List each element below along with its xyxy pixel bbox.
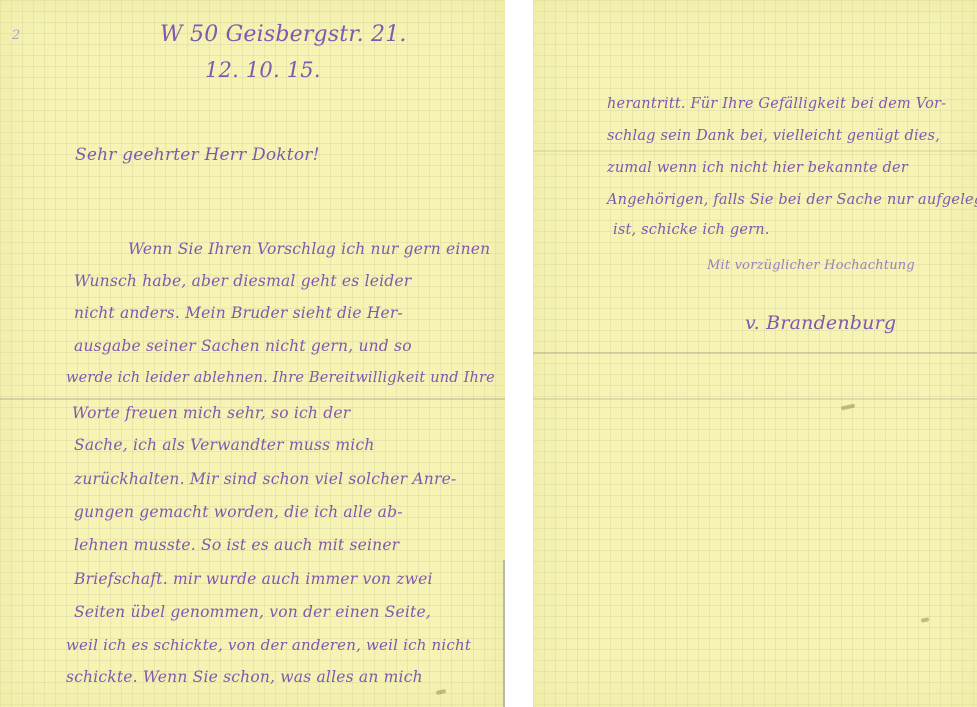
paper-stain [921, 617, 930, 623]
body-line: Briefschaft. mir wurde auch immer von zw… [74, 570, 433, 588]
paper-fold-line [533, 352, 977, 354]
body-line: zurückhalten. Mir sind schon viel solche… [74, 470, 456, 488]
sender-address: W 50 Geisbergstr. 21. [160, 22, 407, 47]
body-line: ausgabe seiner Sachen nicht gern, und so [74, 337, 412, 355]
letter-date: 12. 10. 15. [205, 58, 321, 82]
body-line: Wunsch habe, aber diesmal geht es leider [74, 272, 411, 290]
paper-fold-line [533, 398, 977, 400]
paper-stain [436, 689, 447, 695]
paper-fold-line [0, 398, 505, 400]
body-line: Worte freuen mich sehr, so ich der [72, 404, 350, 422]
body-line: zumal wenn ich nicht hier bekannte der [607, 160, 908, 176]
body-line: schickte. Wenn Sie schon, was alles an m… [66, 668, 423, 686]
body-line: schlag sein Dank bei, vielleicht genügt … [607, 128, 940, 144]
body-line: werde ich leider ablehnen. Ihre Bereitwi… [66, 370, 495, 386]
letter-page-left: 2 W 50 Geisbergstr. 21. 12. 10. 15. Sehr… [0, 0, 505, 707]
paper-fold-line [533, 150, 977, 152]
page-edge-shadow [503, 560, 505, 707]
letter-page-right: herantritt. Für Ihre Gefälligkeit bei de… [533, 0, 977, 707]
body-line: ist, schicke ich gern. [613, 222, 770, 238]
page-number-mark: 2 [12, 28, 20, 43]
body-line: herantritt. Für Ihre Gefälligkeit bei de… [607, 96, 946, 112]
paper-stain [841, 404, 856, 411]
body-line: weil ich es schickte, von der anderen, w… [66, 636, 471, 654]
signature: v. Brandenburg [745, 312, 896, 334]
body-line: Wenn Sie Ihren Vorschlag ich nur gern ei… [128, 240, 490, 258]
closing-formula: Mit vorzüglicher Hochachtung [707, 258, 915, 273]
body-line: Sache, ich als Verwandter muss mich [74, 436, 375, 454]
salutation: Sehr geehrter Herr Doktor! [75, 145, 320, 165]
body-line: Seiten übel genommen, von der einen Seit… [74, 603, 431, 621]
body-line: lehnen musste. So ist es auch mit seiner [74, 536, 399, 554]
body-line: gungen gemacht worden, die ich alle ab- [74, 503, 403, 521]
body-line: Angehörigen, falls Sie bei der Sache nur… [607, 192, 977, 208]
page-gutter [505, 0, 533, 707]
body-line: nicht anders. Mein Bruder sieht die Her- [74, 304, 403, 322]
